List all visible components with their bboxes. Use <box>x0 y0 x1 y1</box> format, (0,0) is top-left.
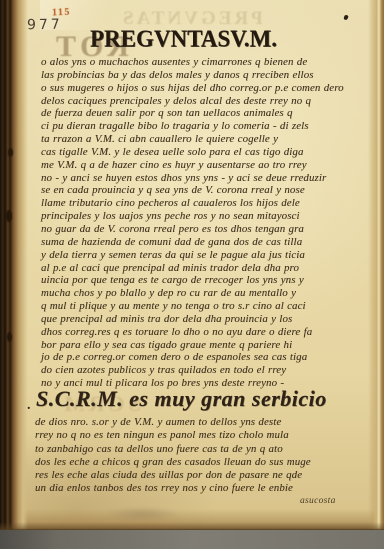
manuscript-line: uincia por que tenga es te cargo de rrec… <box>41 274 376 287</box>
manuscript-line: que prencipal ad minis tra dor dela dha … <box>41 313 376 326</box>
section-heading: S.C.R.M. es muy gran serbicio <box>36 386 384 412</box>
binding-knot <box>8 148 13 157</box>
manuscript-line: no guar da de V. corona rreal pero es to… <box>41 223 376 236</box>
ink-smudge <box>105 506 180 522</box>
manuscript-line: o sus mugeres o hijos o sus hijas del dh… <box>41 82 376 95</box>
scan-background-band <box>0 530 384 549</box>
footer-note: asucosta <box>300 496 336 506</box>
page-right-edge <box>368 0 384 530</box>
manuscript-line: las probincias ba y das delos males y da… <box>41 69 376 82</box>
manuscript-page: PREGVNTAS ROT SCRM 115 977 PREGVNTASV.M.… <box>0 0 384 530</box>
manuscript-line: to zanbahigo cas ta dellos uno fuere cas… <box>35 443 375 456</box>
manuscript-line: me V.M. q a de hazer cino es huyr y ause… <box>41 159 376 172</box>
manuscript-line: jo de p.e correg.or comen dero o de espa… <box>41 351 376 364</box>
binding-knot <box>7 332 12 342</box>
manuscript-line: delos caciques prencipales y delos alcal… <box>41 95 376 108</box>
manuscript-line: bor para ello y sea cas tigado graue men… <box>41 339 376 352</box>
manuscript-line: rrey no q no es ten ningun es panol mes … <box>35 429 375 442</box>
book-binding <box>0 0 28 530</box>
manuscript-body: o alos yns o muchachos ausentes y cimarr… <box>41 56 376 390</box>
manuscript-line: un dia enlos tanbos des tos rrey nos y c… <box>35 482 375 495</box>
manuscript-scan: PREGVNTAS ROT SCRM 115 977 PREGVNTASV.M.… <box>0 0 384 549</box>
manuscript-line: q mul ti plique y au mente y no tenga o … <box>41 300 376 313</box>
binding-knot <box>6 210 12 222</box>
manuscript-line: suma de hazienda de comuni dad de gana d… <box>41 236 376 249</box>
manuscript-line: do cien azotes publicos y tras quilados … <box>41 364 376 377</box>
manuscript-line: se en cada prouincia y q sea yns de V. c… <box>41 184 376 197</box>
manuscript-line: no - y anci se huyen estos dhos yns yns … <box>41 172 376 185</box>
manuscript-line: al p.e al caci que prencipal ad minis tr… <box>41 262 376 275</box>
manuscript-line: o alos yns o muchachos ausentes y cimarr… <box>41 56 376 69</box>
manuscript-line: res les eche alas ciuda des uillas por d… <box>35 469 375 482</box>
manuscript-line: dhos correg.res q es toruare lo dho o no… <box>41 326 376 339</box>
manuscript-line: mucha chos y po blallo y dep ro cu rar d… <box>41 287 376 300</box>
page-title: PREGVNTASV.M. <box>90 25 330 52</box>
folio-number: 977 <box>27 17 63 34</box>
manuscript-line: de dios nro. s.or y de V.M. y aumen to d… <box>35 416 375 429</box>
manuscript-line: y dela tierra y semen teras da qui se le… <box>41 249 376 262</box>
manuscript-line: de fuerza deuen salir por q son tan uell… <box>41 107 376 120</box>
manuscript-line: ta rrazon a V.M. ci abn cauallero le qui… <box>41 133 376 146</box>
manuscript-line: ci pu dieran tragalle bibo lo tragaria y… <box>41 120 376 133</box>
page-bottom-shadow <box>0 522 384 530</box>
manuscript-line: principales y los uajos yns peche ros y … <box>41 210 376 223</box>
manuscript-line: cas tigalle V.M. y le desea uelle solo p… <box>41 146 376 159</box>
section-body: de dios nro. s.or y de V.M. y aumen to d… <box>35 416 375 496</box>
ink-blot <box>343 14 348 20</box>
manuscript-line: dos les eche a chicos q gran des casados… <box>35 456 375 469</box>
manuscript-line: llame tributario cino pecheros al cauale… <box>41 197 376 210</box>
